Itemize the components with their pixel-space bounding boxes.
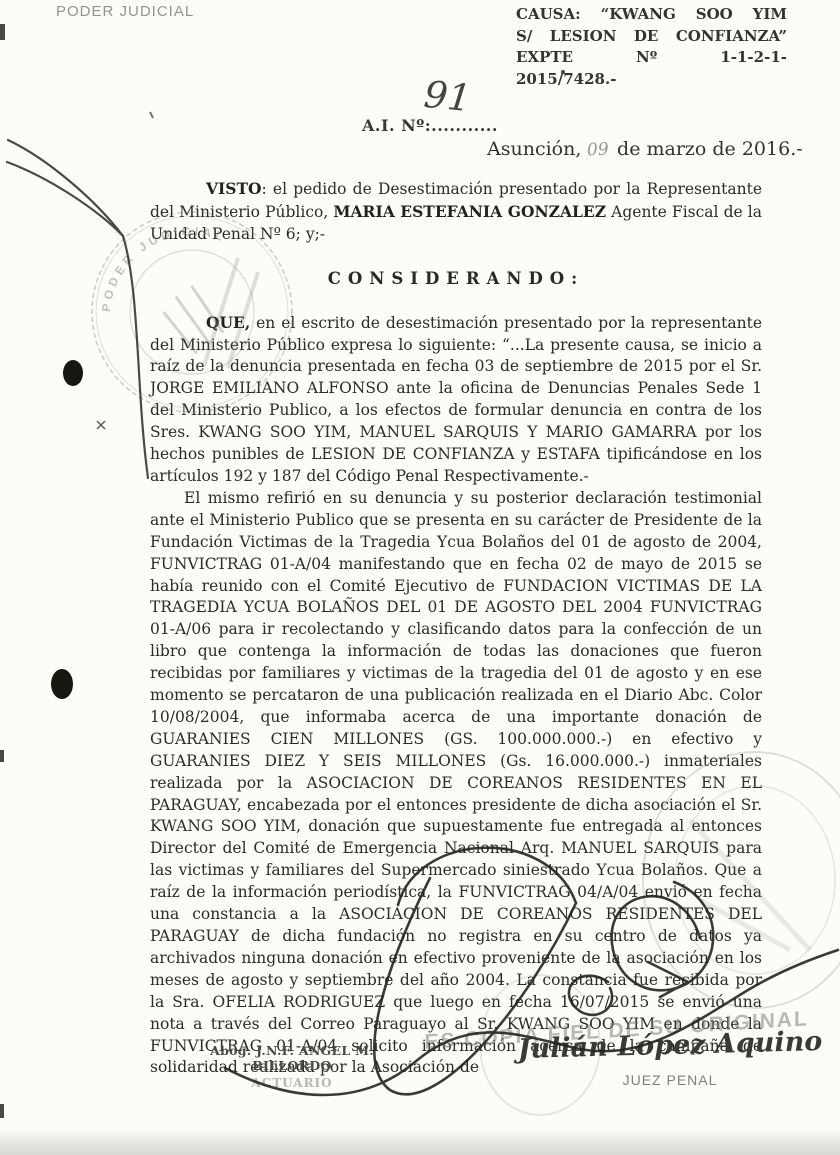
clerk-name: Abog. J.N.F. ANGEL M. BILLORDO xyxy=(172,1043,412,1073)
dateline-city: Asunción, xyxy=(487,138,581,160)
que-text: en el escrito de desestimación presentad… xyxy=(150,314,762,485)
fiscal-name: MARIA ESTEFANIA GONZALEZ xyxy=(333,202,606,221)
handwritten-day: 09 xyxy=(587,139,610,160)
letterhead-text: PODER JUDICIAL xyxy=(56,3,194,20)
document-page: PODER JUDICIAL CAUSA: “KWANG SOO YIM S/ … xyxy=(0,0,840,1155)
dateline-rest: de marzo de 2016.- xyxy=(617,138,803,160)
clerk-stamp: Abog. J.N.F. ANGEL M. BILLORDO ACTUARIO xyxy=(172,1043,412,1090)
case-caption-line: CAUSA: “KWANG SOO YIM xyxy=(516,4,787,26)
case-caption-line: EXPTE Nº 1-1-2-1- xyxy=(516,47,787,69)
punch-hole xyxy=(51,360,83,699)
case-caption-line: S/ LESION DE CONFIANZA” xyxy=(516,26,787,48)
que-paragraph: QUE, en el escrito de desestimación pres… xyxy=(150,312,762,488)
handwritten-ai-number: 91 xyxy=(422,76,473,118)
ai-number-label: A.I. Nº:........... xyxy=(362,116,498,135)
visto-keyword: VISTO xyxy=(206,179,262,198)
judge-title: JUEZ PENAL xyxy=(545,1072,795,1088)
visto-paragraph: VISTO: el pedido de Desestimación presen… xyxy=(150,178,762,246)
second-paragraph: El mismo refirió en su denuncia y su pos… xyxy=(150,488,762,1079)
case-caption: CAUSA: “KWANG SOO YIM S/ LESION DE CONFI… xyxy=(516,4,787,90)
dateline: Asunción,09de marzo de 2016.- xyxy=(487,138,803,160)
case-caption-line: 2015/7428.- xyxy=(516,69,787,91)
considerando-heading: CONSIDERANDO: xyxy=(150,268,762,290)
document-body: VISTO: el pedido de Desestimación presen… xyxy=(150,178,762,1079)
pen-flourish xyxy=(7,140,148,478)
clerk-title: ACTUARIO xyxy=(172,1076,412,1090)
que-keyword: QUE, xyxy=(206,313,250,332)
